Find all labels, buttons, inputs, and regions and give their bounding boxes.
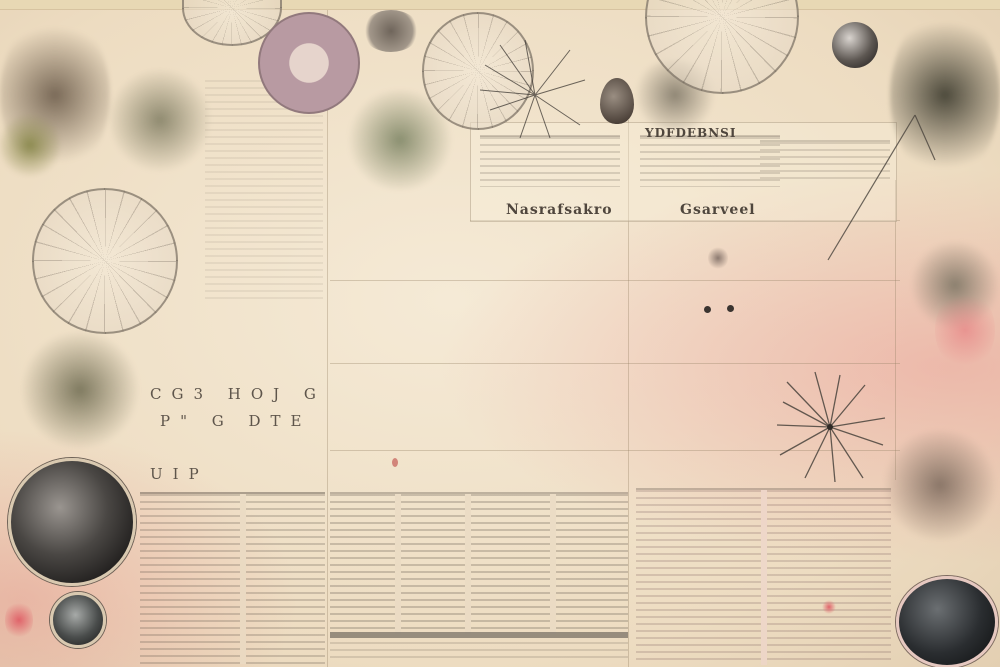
- grass-stem-right: [820, 110, 940, 270]
- pink-wash-left: [5, 600, 33, 640]
- pink-wash-right: [935, 290, 995, 370]
- pink-spot-right: [822, 600, 836, 614]
- dandelion-right: [775, 370, 890, 485]
- ink-dot: [704, 306, 711, 313]
- text-block-top-center: [480, 135, 620, 187]
- text-block-bottom-left: [140, 492, 325, 664]
- shell-ornament: [362, 10, 420, 52]
- botanical-tree-left: [110, 65, 210, 175]
- moon-large: [8, 458, 136, 586]
- botanical-yellow-green: [0, 110, 60, 180]
- text-block-bottom-right: [636, 488, 891, 665]
- egg-shape: [600, 78, 634, 124]
- pink-spot: [392, 458, 398, 467]
- caption-line-1: CG3 HOJ G: [150, 385, 326, 403]
- botanical-potted-plant: [20, 330, 140, 450]
- caption-line-3: UIP: [150, 465, 209, 483]
- sphere-top-right: [832, 22, 878, 68]
- fold-line-h1: [330, 280, 900, 281]
- right-masthead: Gsarveel: [680, 202, 756, 218]
- text-block-bottom-center: [330, 492, 628, 634]
- right-top-masthead: YDFDEBNSI: [645, 126, 736, 140]
- moon-small: [50, 592, 106, 648]
- rule-bar: [330, 632, 628, 638]
- fold-line-h2: [330, 363, 900, 364]
- caption-line-2: P" G DTE: [160, 412, 312, 430]
- botanical-right-wash: [880, 430, 1000, 540]
- ink-dot: [727, 305, 734, 312]
- compass-dial-left: [32, 188, 178, 334]
- starburst-top: [480, 40, 590, 140]
- mauve-dial: [258, 12, 360, 114]
- planet-bottom-right: [896, 576, 998, 667]
- collage-canvas: Nasrafsakro Gsarveel YDFDEBNSI CG3 HOJ G…: [0, 0, 1000, 667]
- top-paper-strip: [0, 0, 1000, 10]
- ink-smudge: [708, 246, 728, 270]
- center-masthead: Nasrafsakro: [506, 202, 613, 218]
- text-block-bottom-footer: [330, 642, 628, 662]
- text-block-top-mid: [640, 135, 780, 187]
